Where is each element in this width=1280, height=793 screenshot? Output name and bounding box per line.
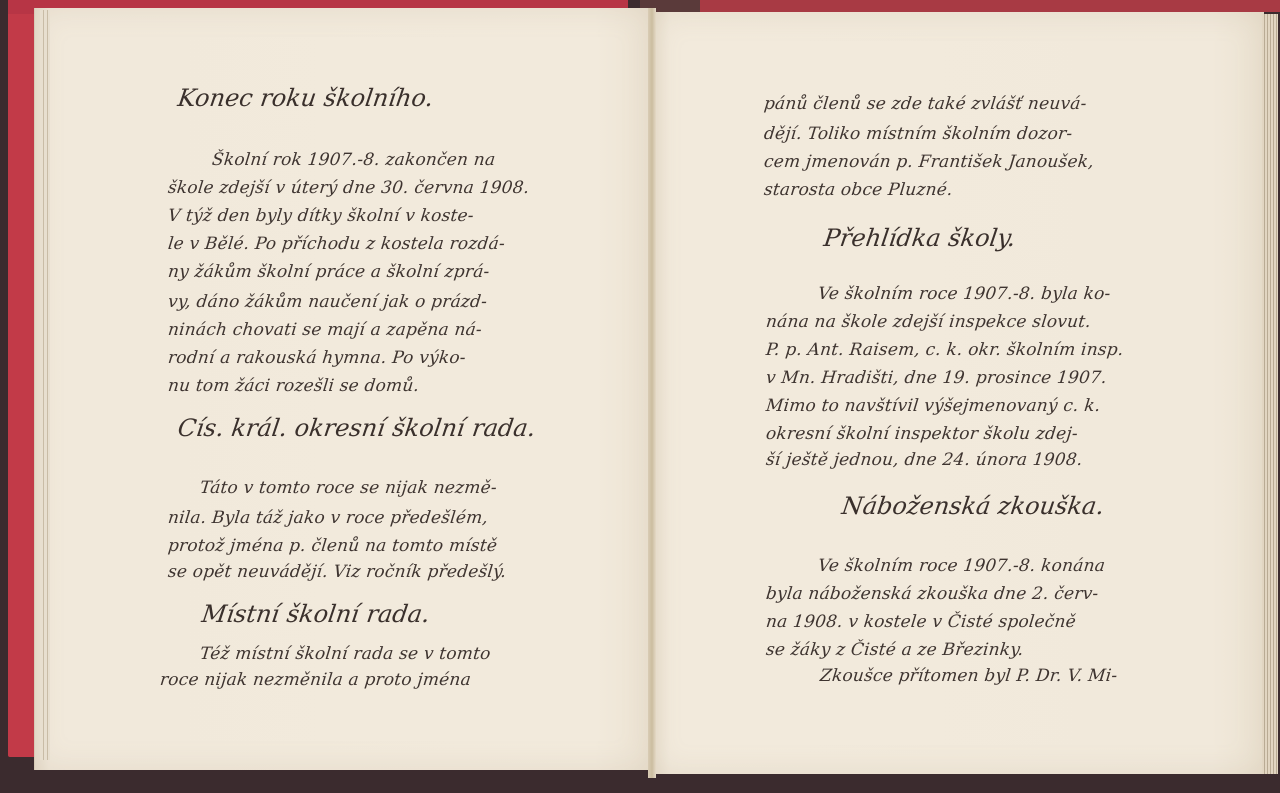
text-line: se opět neuvádějí. Viz ročník předešlý. <box>167 562 507 582</box>
text-line: nu tom žáci rozešli se domů. <box>167 376 420 396</box>
text-line: se žáky z Čisté a ze Březinky. <box>765 640 1025 660</box>
text-line: V týž den byly dítky školní v koste- <box>167 206 475 226</box>
book-cover-top-right-edge <box>690 0 1280 12</box>
text-line: Mimo to navštívil výšejmenovaný c. k. <box>765 396 1102 416</box>
section-heading: Cís. král. okresní školní rada. <box>176 414 537 442</box>
left-page-edges <box>40 10 50 760</box>
right-page-edges <box>1262 14 1278 774</box>
text-line: ninách chovati se mají a zapěna ná- <box>167 320 483 340</box>
text-line: ší ještě jednou, dne 24. února 1908. <box>765 450 1084 470</box>
section-heading: Náboženská zkouška. <box>840 492 1106 520</box>
text-line: ny žákům školní práce a školní zprá- <box>167 262 491 282</box>
text-line: okresní školní inspektor školu zdej- <box>765 424 1079 444</box>
book-gutter <box>648 8 656 778</box>
text-line: Táto v tomto roce se nijak nezmě- <box>199 478 498 498</box>
text-line: starosta obce Pluzné. <box>763 180 954 200</box>
text-line: roce nijak nezměnila a proto jména <box>159 670 472 690</box>
text-line: rodní a rakouská hymna. Po výko- <box>167 348 467 368</box>
text-line: nána na škole zdejší inspekce slovut. <box>765 312 1092 332</box>
text-line: pánů členů se zde také zvlášť neuvá- <box>763 94 1088 114</box>
section-heading: Přehlídka školy. <box>822 224 1017 252</box>
text-line: na 1908. v kostele v Čisté společně <box>765 612 1077 632</box>
text-line: Ve školním roce 1907.-8. konána <box>817 556 1106 576</box>
text-line: Též místní školní rada se v tomto <box>199 644 492 664</box>
text-line: byla náboženská zkouška dne 2. červ- <box>765 584 1099 604</box>
section-heading: Místní školní rada. <box>200 600 432 628</box>
text-line: P. p. Ant. Raisem, c. k. okr. školním in… <box>765 340 1125 360</box>
text-line: nila. Byla táž jako v roce předešlém, <box>167 508 489 528</box>
text-line: Školní rok 1907.-8. zakončen na <box>211 150 496 170</box>
text-line: Zkoušce přítomen byl P. Dr. V. Mi- <box>819 666 1118 686</box>
text-line: vy, dáno žákům naučení jak o prázd- <box>167 292 488 312</box>
text-line: v Mn. Hradišti, dne 19. prosince 1907. <box>765 368 1108 388</box>
text-line: škole zdejší v úterý dne 30. června 1908… <box>167 178 530 198</box>
text-line: dějí. Toliko místním školním dozor- <box>763 124 1073 144</box>
section-heading: Konec roku školního. <box>176 84 435 112</box>
text-line: cem jmenován p. František Janoušek, <box>763 152 1095 172</box>
text-line: Ve školním roce 1907.-8. byla ko- <box>817 284 1112 304</box>
text-line: protož jména p. členů na tomto místě <box>167 536 498 556</box>
text-line: le v Bělé. Po příchodu z kostela rozdá- <box>167 234 506 254</box>
